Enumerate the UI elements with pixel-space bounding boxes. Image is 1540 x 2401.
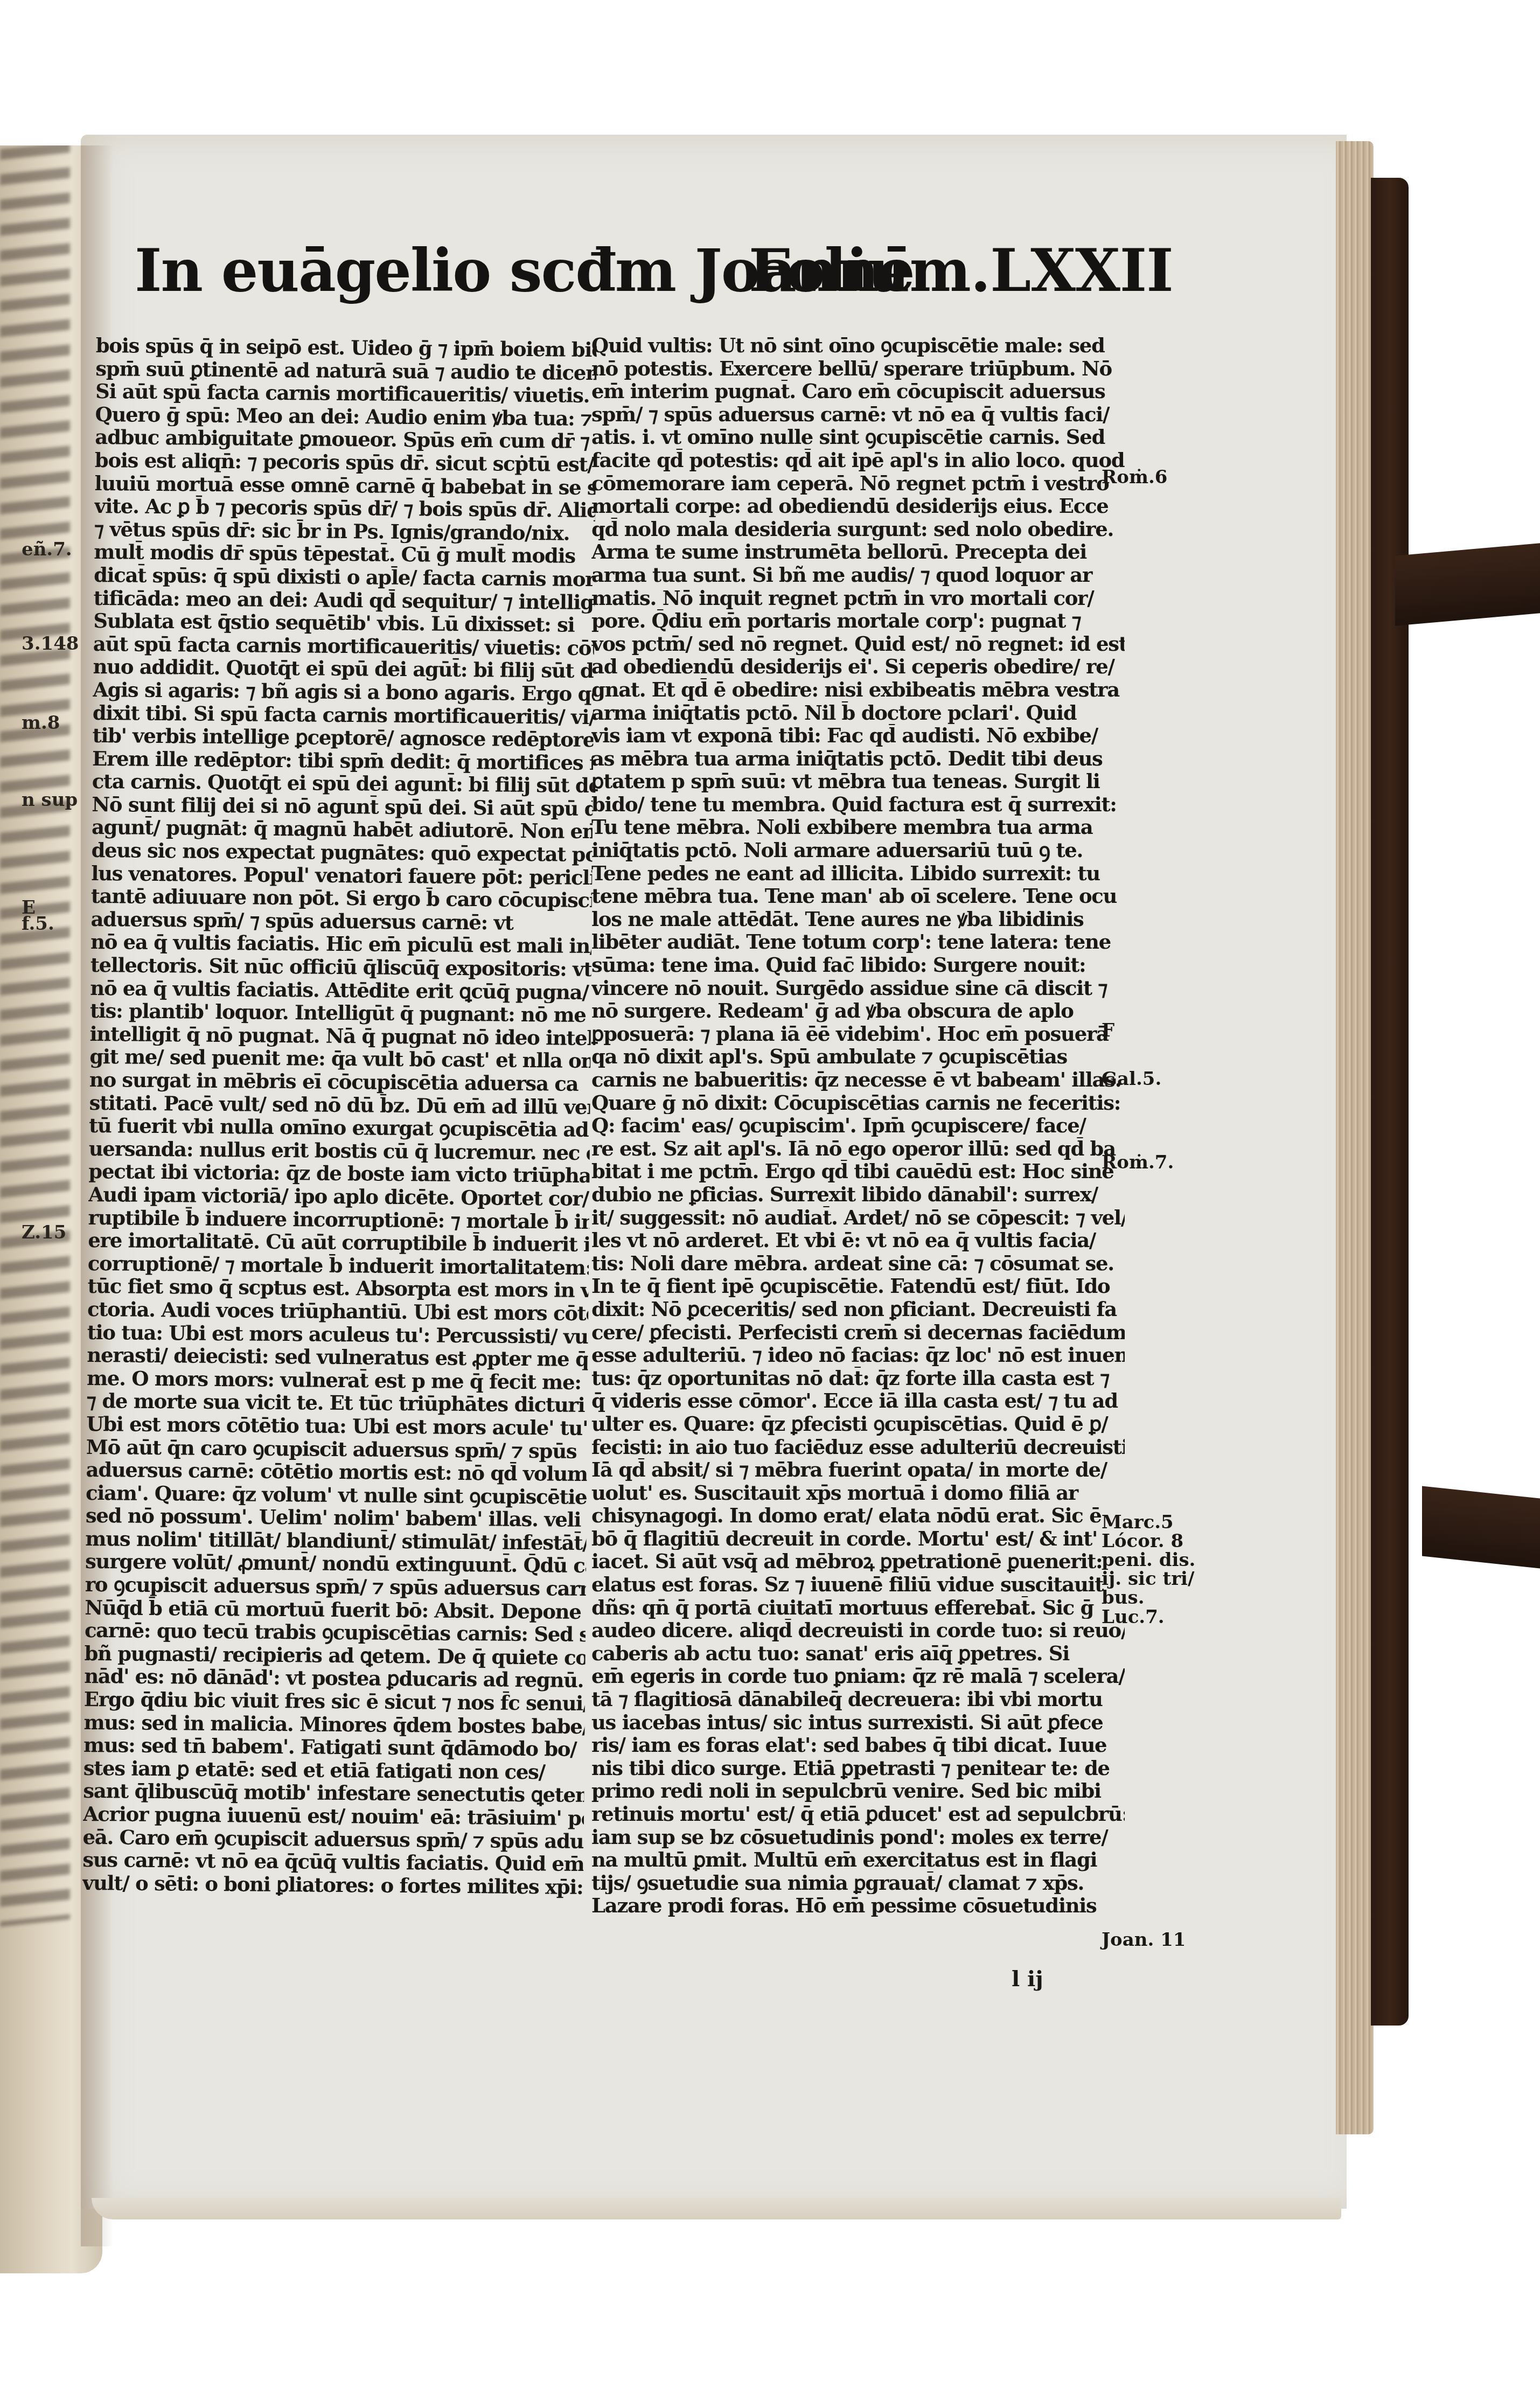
- text-line: nō surgere. Redeam' ḡ ad ꝟba obscura de …: [591, 999, 1125, 1022]
- text-line: Quid vultis: Ut nō sint oīno ꝯcupiscētie…: [591, 334, 1125, 357]
- text-line: Quare ḡ nō dixit: Cōcupiscētias carnis n…: [591, 1091, 1125, 1115]
- text-line: tus: q̄z oportunitas nō dat̄: q̄z forte …: [591, 1367, 1125, 1390]
- page-bottom-edge: [92, 2198, 1341, 2219]
- text-line: caberis ab actu tuo: sanat' eris aīq̄ ꝑp…: [591, 1642, 1125, 1665]
- leather-binding: [1371, 178, 1409, 2026]
- text-line: Arma te sume instrumēta bellorū. Precept…: [591, 540, 1125, 563]
- folio-number: LXXII: [990, 237, 1173, 305]
- folio-heading: Folium.LXXII: [749, 237, 1173, 305]
- page-fore-edge: [1336, 141, 1374, 2134]
- text-line: re est. Sz ait apl's. Iā nō ego operor i…: [591, 1137, 1125, 1160]
- text-line: vincere nō nouit. Surgēdo assidue sine c…: [591, 977, 1125, 1000]
- text-line: Tu tene mēbra. Noli exbibere membra tua …: [591, 816, 1125, 839]
- text-line: tis: Noli dare mēbra. ardeat sine cā: ⁊ …: [591, 1252, 1125, 1275]
- text-line: primo redi noli in sepulcbrū venire. Sed…: [591, 1779, 1125, 1803]
- text-line: retinuis mortu' est/ q̄ etiā ꝑducet' est…: [591, 1803, 1125, 1826]
- text-line: bō q̄ flagitiū decreuit in corde. Mortu'…: [591, 1527, 1125, 1550]
- text-line: iacet. Si aūt vsq̄ ad mēbroꝝ ꝑpetrationē…: [591, 1550, 1125, 1573]
- text-line: bido/ tene tu membra. Quid factura est q…: [591, 793, 1125, 816]
- text-line: Iā qd̄ absit/ si ⁊ mēbra fuerint opata/ …: [591, 1458, 1125, 1481]
- text-line: los ne male attēdāt. Tene aures ne ꝟba l…: [591, 908, 1125, 931]
- text-line: tijs/ ꝯsuetudie sua nimia ꝑgrauat̄/ clam…: [591, 1871, 1125, 1895]
- text-line: cere/ ꝑfecisti. Perfecisti crem̄ si dece…: [591, 1321, 1125, 1344]
- text-line: bitat i me pctm̄. Ergo qd̄ tibi cauēdū e…: [591, 1160, 1125, 1183]
- margin-note: Lócor. 8: [1102, 1532, 1183, 1551]
- margin-note: bus.: [1102, 1588, 1144, 1607]
- text-line: mortali corpe: ad obediendū desiderijs e…: [591, 495, 1125, 518]
- text-line: chisynagogi. In domo erat/ elata nōdū er…: [591, 1504, 1125, 1527]
- text-line: ris/ iam es foras elat': sed babes q̄ ti…: [591, 1734, 1125, 1757]
- text-line: it/ suggessit: nō audiat̄. Ardet/ nō se …: [591, 1206, 1125, 1229]
- text-line: libēter audiāt. Tene totum corp': tene l…: [591, 930, 1125, 954]
- text-line: In te q̄ fient ipē ꝯcupiscētie. Fatendū …: [591, 1275, 1125, 1298]
- text-line: gnat. Et qd̄ ē obedire: nisi exbibeatis …: [591, 678, 1125, 701]
- text-line: spm̄/ ⁊ spūs aduersus carnē: vt nō ea q̄…: [591, 403, 1125, 426]
- margin-note: Joan. 11: [1102, 1930, 1186, 1950]
- margin-note: Luc.7.: [1102, 1607, 1165, 1627]
- text-line: vis iam vt exponā tibi: Fac qd̄ audisti.…: [591, 724, 1125, 747]
- text-column-right: Quid vultis: Ut nō sint oīno ꝯcupiscētie…: [591, 334, 1125, 1917]
- text-line: ꝑtatem p spm̄ suū: vt mēbra tua teneas. …: [591, 770, 1125, 793]
- text-line: arma iniq̄tatis pctō. Nil b̄ doctore pcl…: [591, 701, 1125, 725]
- signature-mark: l ij: [1012, 1966, 1043, 1992]
- text-line: dixit: Nō ꝑceceritis/ sed non ꝑficiant. …: [591, 1298, 1125, 1321]
- margin-note: Marc.5: [1102, 1513, 1174, 1532]
- text-line: dubio ne ꝑficias. Surrexit libido dānabi…: [591, 1183, 1125, 1206]
- margin-note: ij. sic tri/: [1102, 1569, 1194, 1589]
- text-line: na multū ꝑmit. Multū em̄ exercitatus est…: [591, 1848, 1125, 1871]
- folio-label: Folium.: [749, 237, 990, 305]
- text-line: atis. i. vt omīno nulle sint ꝯcupiscētie…: [591, 426, 1125, 449]
- text-line: iam sup se bz cōsuetudinis pond': moles …: [591, 1826, 1125, 1849]
- text-line: Lazare prodi foras. Hō em̄ pessime cōsue…: [591, 1894, 1125, 1917]
- text-line: ꝑposuerā: ⁊ plana iā ēē videbim'. Hoc em…: [591, 1022, 1125, 1046]
- text-line: q̄ videris esse cōmor'. Ecce iā illa cas…: [591, 1389, 1125, 1412]
- text-line: em̄ egeris in corde tuo ꝑniam: q̄z rē ma…: [591, 1665, 1125, 1688]
- text-line: tene mēbra tua. Tene man' ab oī scelere.…: [591, 885, 1125, 908]
- text-line: elatus est foras. Sz ⁊ iuuenē filiū vidu…: [591, 1573, 1125, 1596]
- text-line: nō potestis. Exercere bellū/ sperare tri…: [591, 357, 1125, 380]
- text-line: pore. Q̄diu em̄ portaris mortale corp': …: [591, 609, 1125, 632]
- left-margin-note: Z.15: [22, 1222, 66, 1243]
- text-line: nis tibi dico surge. Etiā ꝑpetrasti ⁊ pe…: [591, 1757, 1125, 1780]
- text-line: as mēbra tua arma iniq̄tatis pctō. Dedit…: [591, 747, 1125, 770]
- text-line: vos pctm̄/ sed nō regnet. Quid est/ nō r…: [591, 632, 1125, 656]
- text-line: em̄ interim pugnat̄. Caro em̄ cōcupiscit…: [591, 380, 1125, 403]
- margin-note: peni. dis.: [1102, 1550, 1195, 1570]
- text-line: cōmemorare iam ceperā. Nō regnet pctm̄ i…: [591, 472, 1125, 495]
- left-margin-note: 3.148: [22, 633, 79, 655]
- text-line: us iacebas intus/ sic intus surrexisti. …: [591, 1711, 1125, 1734]
- text-line: sūma: tene ima. Quid fac̄ libido: Surger…: [591, 954, 1125, 977]
- text-line: arma tua sunt. Si bñ me audis/ ⁊ quod lo…: [591, 563, 1125, 587]
- text-line: iniq̄tatis pctō. Noli armare aduersariū …: [591, 839, 1125, 862]
- text-line: matis. Nō inquit regnet pctm̄ in vro mor…: [591, 587, 1125, 610]
- text-line: fecisti: in aio tuo faciēduz esse adulte…: [591, 1436, 1125, 1459]
- text-line: les vt nō arderet. Et vbi ē: vt nō ea q̄…: [591, 1229, 1125, 1252]
- text-line: Tene pedes ne eant ad illicita. Libido s…: [591, 862, 1125, 885]
- margin-note: Roṁ.6: [1102, 468, 1167, 487]
- left-margin-note: n sup: [22, 789, 78, 811]
- text-column-left: bois spūs q̄ in seipō est. Uideo ḡ ⁊ ipm…: [82, 334, 597, 1898]
- text-line: Q: facim' eas/ ꝯcupiscim'. Ipm̄ ꝯcupisce…: [591, 1114, 1125, 1137]
- text-line: audeo dicere. aliqd̄ decreuisti in corde…: [591, 1619, 1125, 1642]
- text-line: facite qd̄ potestis: qd̄ ait ipē apl's i…: [591, 449, 1125, 472]
- text-line: qd̄ nolo mala desideria surgunt: sed nol…: [591, 518, 1125, 541]
- left-margin-note: m.8: [22, 712, 60, 734]
- left-page-blurred-text: [0, 145, 70, 1927]
- margin-note: Roṁ.7.: [1102, 1153, 1174, 1172]
- text-line: tā ⁊ flagitiosā dānabileq̄ decreuera: ib…: [591, 1688, 1125, 1711]
- left-margin-note: eñ.7.: [22, 539, 72, 560]
- margin-note: Gal.5.: [1102, 1069, 1161, 1089]
- text-line: ad obediendū desiderijs ei'. Si ceperis …: [591, 655, 1125, 678]
- text-line: esse adulteriū. ⁊ ideo nō facias: q̄z lo…: [591, 1344, 1125, 1367]
- text-line: ulter es. Quare: q̄z ꝑfecisti ꝯcupiscēti…: [591, 1412, 1125, 1436]
- clasp-strap-top: [1395, 543, 1540, 626]
- text-line: uolut' es. Suscitauit xp̄s mortuā i domo…: [591, 1481, 1125, 1505]
- text-line: qa nō dixit apl's. Spū ambulate ⁊ ꝯcupis…: [591, 1045, 1125, 1068]
- text-line: carnis ne babueritis: q̄z necesse ē vt b…: [591, 1068, 1125, 1091]
- text-line: dñs: qn̄ q̄ portā ciuitatī mortuus effer…: [591, 1596, 1125, 1619]
- margin-note: F: [1102, 1021, 1114, 1040]
- clasp-strap-bottom: [1422, 1486, 1540, 1568]
- text-line: vult/ o sēti: o boni ꝑliatores: o fortes…: [82, 1871, 583, 1899]
- left-margin-note: f.5.: [22, 913, 54, 935]
